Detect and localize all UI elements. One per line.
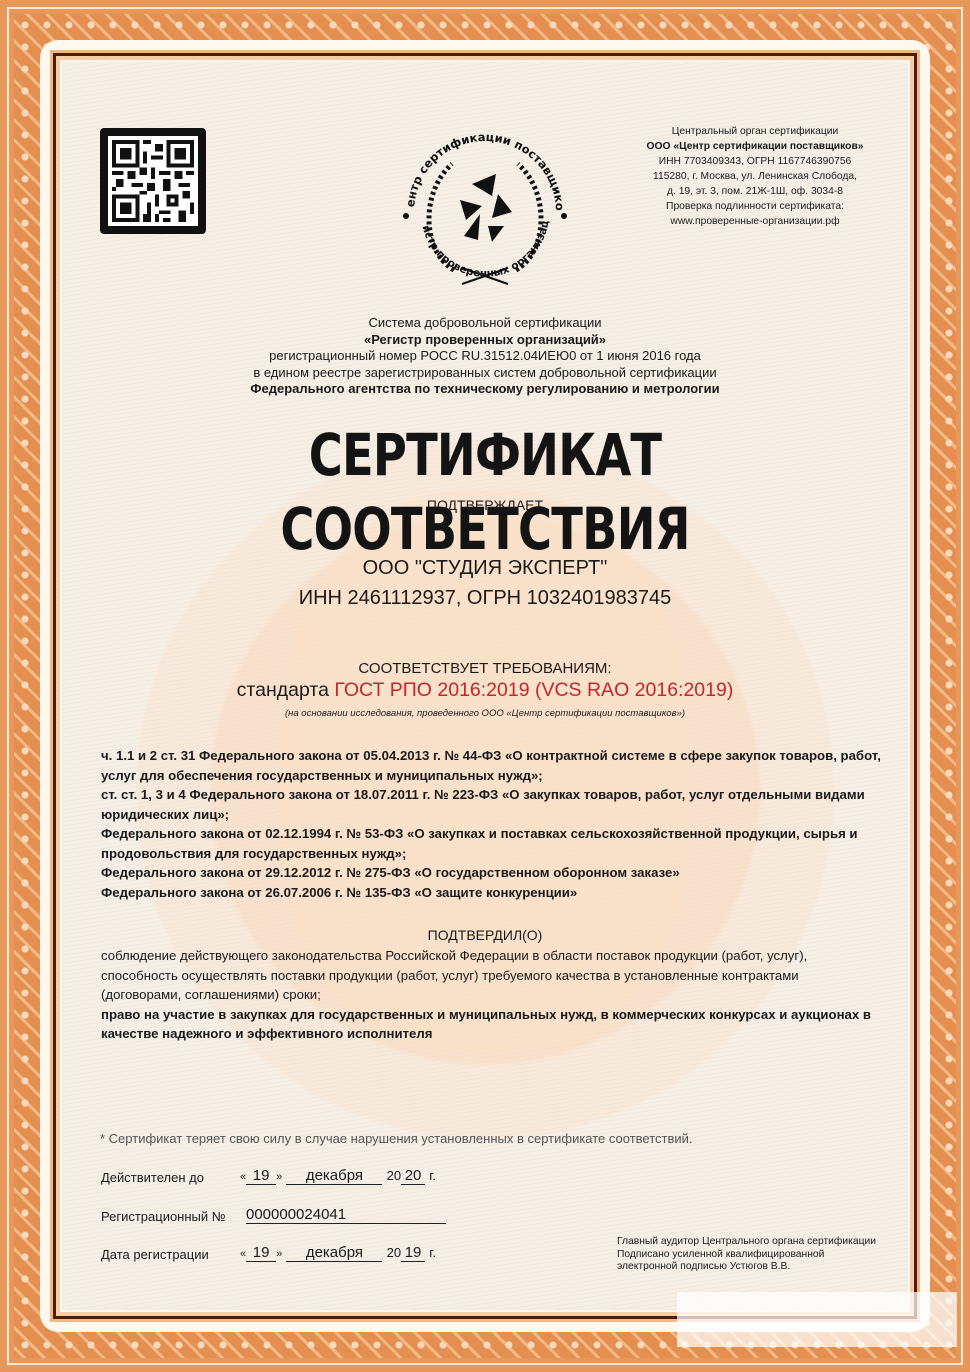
qr-code[interactable] xyxy=(100,128,206,234)
auditor-title: Главный аудитор Центрального органа серт… xyxy=(617,1236,897,1249)
validity-note: * Сертификат теряет свою силу в случае н… xyxy=(100,1131,880,1146)
org-address: 115280, г. Москва, ул. Ленинская Слобода… xyxy=(605,169,905,184)
confirmed-compliance: соблюдение действующего законодательства… xyxy=(101,946,881,1005)
org-line: Центральный орган сертификации xyxy=(605,124,905,139)
system-line: Система добровольной сертификации xyxy=(180,315,790,332)
certificate-title: СЕРТИФИКАТ СООТВЕТСТВИЯ xyxy=(177,418,793,566)
signer-name: электронной подписью Устюгов В.В. xyxy=(617,1261,897,1274)
confirmed-text: соблюдение действующего законодательства… xyxy=(101,946,881,1044)
requirements-heading: СООТВЕТСТВУЕТ ТРЕБОВАНИЯМ: xyxy=(100,660,870,677)
registration-label: Регистрационный № xyxy=(101,1209,226,1224)
confirmed-rights: право на участие в закупках для государс… xyxy=(101,1005,881,1044)
company-name: ООО "СТУДИЯ ЭКСПЕРТ" xyxy=(100,553,870,583)
valid-until-row: Действителен до xyxy=(101,1170,204,1185)
reg-date-day: 19 xyxy=(246,1245,276,1262)
law-item: ч. 1.1 и 2 ст. 31 Федерального закона от… xyxy=(101,746,881,785)
issuing-authority: Центральный орган сертификации ООО «Цент… xyxy=(605,124,905,229)
law-item: ст. ст. 1, 3 и 4 Федерального закона от … xyxy=(101,785,881,824)
year-suffix: г. xyxy=(429,1245,436,1260)
quote-close: » xyxy=(276,1171,282,1183)
company-ids: ИНН 2461112937, ОГРН 1032401983745 xyxy=(100,583,870,613)
reg-date-row: Дата регистрации xyxy=(101,1247,209,1262)
system-agency: Федерального агентства по техническому р… xyxy=(180,381,790,398)
verification-link[interactable]: www.проверенные-организации.рф xyxy=(605,214,905,229)
year-suffix: г. xyxy=(429,1168,436,1183)
valid-until-year: 20 xyxy=(401,1168,425,1185)
valid-until-month: декабря xyxy=(286,1168,382,1185)
confirmed-heading: ПОДТВЕРДИЛ(О) xyxy=(100,927,870,943)
system-reg-number: регистрационный номер РОСС RU.31512.04ИЕ… xyxy=(180,348,790,365)
reg-date: «19» декабря 2019 г. xyxy=(240,1244,436,1262)
registration-row: Регистрационный № xyxy=(101,1209,226,1224)
laws-list: ч. 1.1 и 2 ст. 31 Федерального закона от… xyxy=(101,746,881,902)
confirms-label: ПОДТВЕРЖДАЕТ xyxy=(100,497,870,513)
org-ids: ИНН 7703409343, ОГРН 1167746390756 xyxy=(605,154,905,169)
qr-code-pattern xyxy=(112,140,194,222)
reg-date-month: декабря xyxy=(286,1245,382,1262)
valid-until-day: 19 xyxy=(246,1168,276,1185)
verification-label: Проверка подлинности сертификата: xyxy=(605,199,905,214)
org-address-2: д. 19, эт. 3, пом. 21Ж-1Ш, оф. 3034-8 xyxy=(605,184,905,199)
valid-until-century: 20 xyxy=(387,1168,401,1183)
registration-number-field: 000000024041 xyxy=(246,1206,446,1224)
auditor-signature: Главный аудитор Центрального органа серт… xyxy=(617,1236,897,1274)
certification-system: Система добровольной сертификации «Регис… xyxy=(180,315,790,398)
basis-note: (на основании исследования, проведенного… xyxy=(100,708,870,719)
signature-note: Подписано усиленной квалифицированной xyxy=(617,1249,897,1262)
standard-prefix: стандарта xyxy=(237,679,329,701)
reg-date-label: Дата регистрации xyxy=(101,1247,209,1262)
company-block: ООО "СТУДИЯ ЭКСПЕРТ" ИНН 2461112937, ОГР… xyxy=(100,553,870,613)
system-name: «Регистр проверенных организаций» xyxy=(180,332,790,349)
law-item: Федерального закона от 02.12.1994 г. № 5… xyxy=(101,824,881,863)
standard-name: ГОСТ РПО 2016:2019 (VCS RAO 2016:2019) xyxy=(334,679,733,701)
certification-seal: Центр сертификации поставщиков Регистр п… xyxy=(392,122,578,300)
law-item: Федерального закона от 26.07.2006 г. № 1… xyxy=(101,883,881,903)
reg-date-year: 19 xyxy=(401,1245,425,1262)
standard-line: стандарта ГОСТ РПО 2016:2019 (VCS RAO 20… xyxy=(100,679,870,702)
valid-until-label: Действителен до xyxy=(101,1170,204,1185)
law-item: Федерального закона от 29.12.2012 г. № 2… xyxy=(101,863,881,883)
registration-number: 000000024041 xyxy=(246,1207,446,1224)
quote-close: » xyxy=(276,1248,282,1260)
reg-date-century: 20 xyxy=(387,1245,401,1260)
valid-until-date: «19» декабря 2020 г. xyxy=(240,1167,436,1185)
org-name: ООО «Центр сертификации поставщиков» xyxy=(605,139,905,154)
system-line: в едином реестре зарегистрированных сист… xyxy=(180,365,790,382)
white-overlay xyxy=(677,1292,957,1347)
